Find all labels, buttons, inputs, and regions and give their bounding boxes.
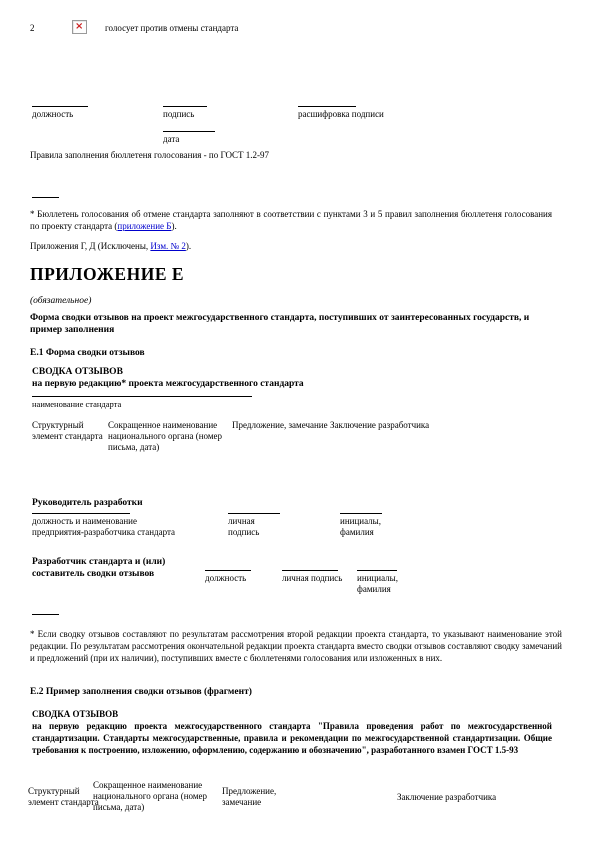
- e1-column-proposal: Предложение, замечание: [232, 420, 328, 431]
- footnote-separator: [32, 614, 59, 615]
- signature-line: [163, 106, 207, 107]
- svodka-subtitle: на первую редакцию* проекта межгосударст…: [32, 378, 304, 390]
- ballot-rules-note: Правила заполнения бюллетеня голосования…: [30, 149, 269, 161]
- footnote-text-after: ).: [171, 221, 176, 231]
- ballot-footnote: * Бюллетень голосования об отмене станда…: [30, 208, 552, 232]
- head-position-label: должность и наименование предприятия-раз…: [32, 516, 190, 537]
- developer-signature-field: личная подпись: [282, 570, 342, 584]
- svodka-footnote: * Если сводку отзывов составляют по резу…: [30, 628, 562, 664]
- ballot-item-number: 2: [30, 22, 35, 34]
- annex-b-link[interactable]: приложение Б: [117, 221, 171, 231]
- signature-line: [32, 106, 88, 107]
- signature-line: [32, 513, 130, 514]
- head-position-field: должность и наименование предприятия-раз…: [32, 513, 190, 537]
- signature-line: [163, 131, 215, 132]
- developer-initials-field: инициалы, фамилия: [357, 570, 407, 594]
- e2-column-national-body: Сокращенное наименование национального о…: [93, 780, 221, 813]
- e2-column-developer-conclusion: Заключение разработчика: [397, 792, 496, 803]
- signature-line: [228, 513, 280, 514]
- date-field: дата: [163, 131, 215, 145]
- annex-note-text: Приложения Г, Д (Исключены,: [30, 241, 150, 251]
- signature-line: [205, 570, 251, 571]
- section-e1-heading: Е.1 Форма сводки отзывов: [30, 347, 145, 359]
- head-initials-field: инициалы, фамилия: [340, 513, 390, 537]
- e2-svodka-title: СВОДКА ОТЗЫВОВ: [32, 708, 118, 720]
- footnote-separator: [32, 197, 59, 198]
- section-e2-heading: Е.2 Пример заполнения сводки отзывов (фр…: [30, 686, 252, 698]
- signature-line: [340, 513, 382, 514]
- standard-name-fill-line: [32, 396, 252, 397]
- e2-svodka-body: на первую редакцию проекта межгосударств…: [32, 720, 552, 756]
- vote-option-label: голосует против отмены стандарта: [105, 22, 238, 34]
- position-signature-field: должность: [32, 106, 88, 120]
- head-signature-field: личная подпись: [228, 513, 280, 537]
- svodka-title: СВОДКА ОТЗЫВОВ: [32, 366, 123, 378]
- broken-image-x-glyph: ×: [75, 21, 83, 33]
- e1-column-national-body: Сокращенное наименование национального о…: [108, 420, 232, 453]
- appendix-description: Форма сводки отзывов на проект межгосуда…: [30, 312, 552, 336]
- footnote-text: * Бюллетень голосования об отмене станда…: [30, 209, 552, 231]
- annex-note-text-after: ).: [186, 241, 191, 251]
- position-label: должность: [32, 109, 88, 120]
- annexes-excluded-note: Приложения Г, Д (Исключены, Изм. № 2).: [30, 240, 191, 252]
- developer-title: Разработчик стандарта и (или) составител…: [32, 556, 194, 580]
- signature-line: [298, 106, 356, 107]
- signature-field: подпись: [163, 106, 207, 120]
- e1-column-structural-element: Структурный элемент стандарта: [32, 420, 108, 442]
- signature-line: [282, 570, 338, 571]
- standard-name-label: наименование стандарта: [32, 399, 121, 409]
- signature-line: [357, 570, 397, 571]
- appendix-kind: (обязательное): [30, 295, 91, 307]
- document-page: 2 × голосует против отмены стандарта дол…: [0, 0, 595, 842]
- position-label: должность: [205, 573, 251, 584]
- development-head-title: Руководитель разработки: [32, 497, 143, 509]
- appendix-title: ПРИЛОЖЕНИЕ Е: [30, 264, 184, 285]
- e2-column-proposal: Предложение, замечание: [222, 786, 294, 808]
- personal-signature-label: личная подпись: [228, 516, 266, 537]
- initials-surname-label: инициалы, фамилия: [340, 516, 390, 537]
- date-label: дата: [163, 134, 215, 145]
- broken-image-icon: ×: [72, 20, 87, 34]
- decipher-signature-field: расшифровка подписи: [298, 106, 384, 120]
- decipher-label: расшифровка подписи: [298, 109, 384, 120]
- izm-2-link[interactable]: Изм. № 2: [150, 241, 185, 251]
- signature-label: подпись: [163, 109, 207, 120]
- personal-signature-label: личная подпись: [282, 573, 342, 584]
- initials-surname-label: инициалы, фамилия: [357, 573, 407, 594]
- e1-column-developer-conclusion: Заключение разработчика: [330, 420, 429, 431]
- developer-position-field: должность: [205, 570, 251, 584]
